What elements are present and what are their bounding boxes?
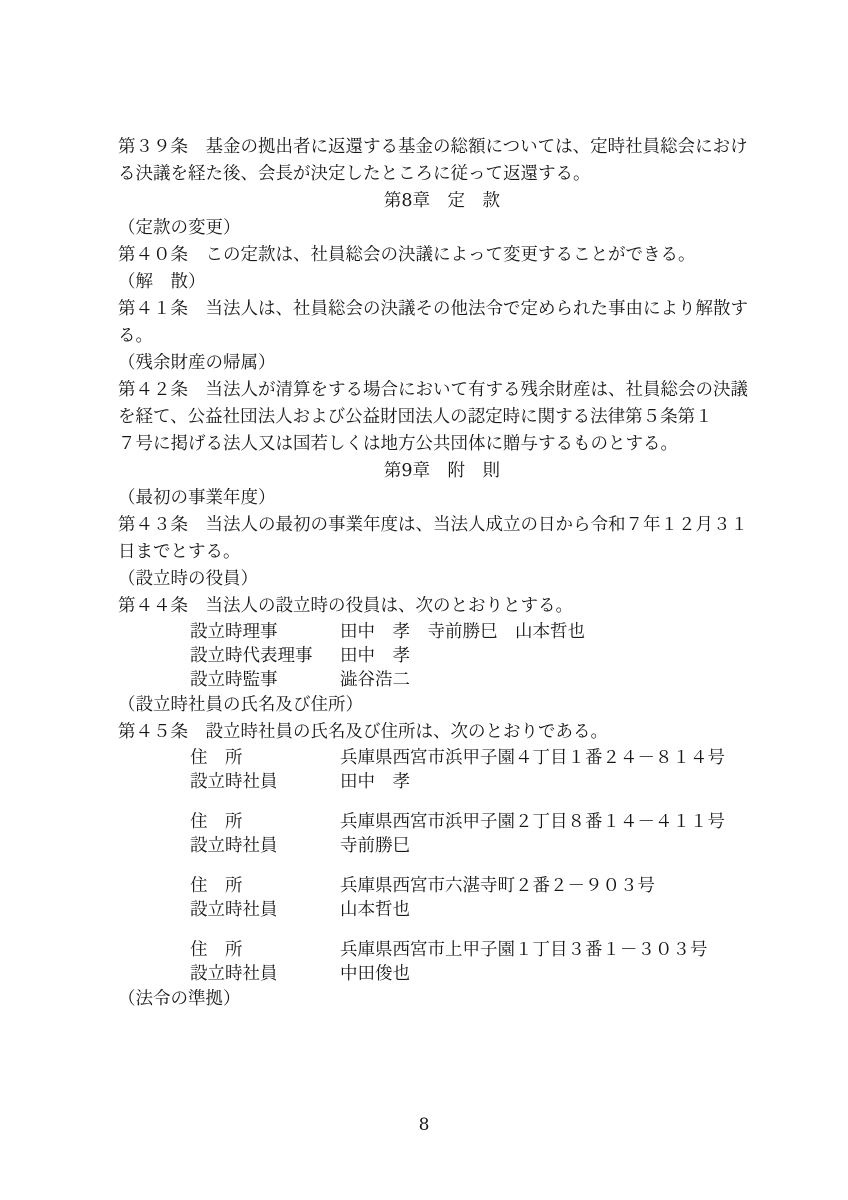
member-address-row: 住 所 兵庫県西宮市浜甲子園４丁目１番２４－８１４号 — [118, 746, 766, 770]
member-name-row: 設立時社員 田中 孝 — [118, 770, 766, 794]
article-40-line-1: 第４０条 この定款は、社員総会の決議によって変更することができる。 — [118, 242, 766, 269]
member-label: 設立時社員 — [190, 898, 340, 922]
article-43-line-1: 第４３条 当法人の最初の事業年度は、当法人成立の日から令和７年１２月３１ — [118, 512, 766, 539]
member-block: 住 所 兵庫県西宮市六湛寺町２番２－９０３号 設立時社員 山本哲也 — [118, 874, 766, 922]
article-42-line-3: ７号に掲げる法人又は国若しくは地方公共団体に贈与するものとする。 — [118, 431, 766, 458]
member-block: 住 所 兵庫県西宮市上甲子園１丁目３番１－３０３号 設立時社員 中田俊也 — [118, 938, 766, 986]
member-address: 兵庫県西宮市浜甲子園２丁目８番１４－４１１号 — [340, 810, 766, 834]
member-name: 寺前勝巳 — [340, 834, 766, 858]
page-number: 8 — [0, 1112, 848, 1139]
article-45-line-1: 第４５条 設立時社員の氏名及び住所は、次のとおりである。 — [118, 719, 766, 746]
member-name: 山本哲也 — [340, 898, 766, 922]
officer-names: 田中 孝 — [340, 644, 766, 668]
member-address: 兵庫県西宮市上甲子園１丁目３番１－３０３号 — [340, 938, 766, 962]
caption-zanyo-zaisan: （残余財産の帰属） — [118, 350, 766, 377]
officer-names: 澁谷浩二 — [340, 668, 766, 692]
member-address-row: 住 所 兵庫県西宮市六湛寺町２番２－９０３号 — [118, 874, 766, 898]
document-page: 第３９条 基金の拠出者に返還する基金の総額については、定時社員総会におけ る決議… — [0, 0, 848, 1200]
chapter-9-heading: 第9章 附 則 — [118, 458, 766, 485]
member-name: 中田俊也 — [340, 962, 766, 986]
article-39-line-2: る決議を経た後、会長が決定したところに従って返還する。 — [118, 161, 766, 188]
article-39-line-1: 第３９条 基金の拠出者に返還する基金の総額については、定時社員総会におけ — [118, 134, 766, 161]
member-address-row: 住 所 兵庫県西宮市浜甲子園２丁目８番１４－４１１号 — [118, 810, 766, 834]
caption-setsuritsuji-yakuin: （設立時の役員） — [118, 566, 766, 593]
officer-list: 設立時理事 田中 孝 寺前勝巳 山本哲也 設立時代表理事 田中 孝 設立時監事 … — [118, 620, 766, 692]
address-label: 住 所 — [190, 746, 340, 770]
member-name: 田中 孝 — [340, 770, 766, 794]
officer-role-label: 設立時理事 — [190, 620, 340, 644]
member-address: 兵庫県西宮市浜甲子園４丁目１番２４－８１４号 — [340, 746, 766, 770]
caption-kaisan: （解 散） — [118, 269, 766, 296]
article-42-line-1: 第４２条 当法人が清算をする場合において有する残余財産は、社員総会の決議 — [118, 377, 766, 404]
member-label: 設立時社員 — [190, 770, 340, 794]
officer-role-label: 設立時代表理事 — [190, 644, 340, 668]
article-41-line-2: る。 — [118, 323, 766, 350]
officer-row: 設立時監事 澁谷浩二 — [118, 668, 766, 692]
officer-row: 設立時代表理事 田中 孝 — [118, 644, 766, 668]
chapter-8-heading: 第8章 定 款 — [118, 188, 766, 215]
article-44-line-1: 第４４条 当法人の設立時の役員は、次のとおりとする。 — [118, 593, 766, 620]
officer-role-label: 設立時監事 — [190, 668, 340, 692]
officer-row: 設立時理事 田中 孝 寺前勝巳 山本哲也 — [118, 620, 766, 644]
member-block: 住 所 兵庫県西宮市浜甲子園４丁目１番２４－８１４号 設立時社員 田中 孝 — [118, 746, 766, 794]
address-label: 住 所 — [190, 938, 340, 962]
member-label: 設立時社員 — [190, 834, 340, 858]
document-body: 第３９条 基金の拠出者に返還する基金の総額については、定時社員総会におけ る決議… — [118, 134, 766, 1013]
member-name-row: 設立時社員 寺前勝巳 — [118, 834, 766, 858]
address-label: 住 所 — [190, 810, 340, 834]
member-address: 兵庫県西宮市六湛寺町２番２－９０３号 — [340, 874, 766, 898]
caption-saisho-jigyo-nendo: （最初の事業年度） — [118, 485, 766, 512]
member-name-row: 設立時社員 中田俊也 — [118, 962, 766, 986]
member-list: 住 所 兵庫県西宮市浜甲子園４丁目１番２４－８１４号 設立時社員 田中 孝 住 … — [118, 746, 766, 986]
article-41-line-1: 第４１条 当法人は、社員総会の決議その他法令で定められた事由により解散す — [118, 296, 766, 323]
address-label: 住 所 — [190, 874, 340, 898]
member-address-row: 住 所 兵庫県西宮市上甲子園１丁目３番１－３０３号 — [118, 938, 766, 962]
article-42-line-2: を経て、公益社団法人および公益財団法人の認定時に関する法律第５条第１ — [118, 404, 766, 431]
caption-horei-junkyo: （法令の準拠） — [118, 986, 766, 1013]
caption-teikan-henko: （定款の変更） — [118, 215, 766, 242]
member-label: 設立時社員 — [190, 962, 340, 986]
member-name-row: 設立時社員 山本哲也 — [118, 898, 766, 922]
member-block: 住 所 兵庫県西宮市浜甲子園２丁目８番１４－４１１号 設立時社員 寺前勝巳 — [118, 810, 766, 858]
officer-names: 田中 孝 寺前勝巳 山本哲也 — [340, 620, 766, 644]
article-43-line-2: 日までとする。 — [118, 539, 766, 566]
caption-setsuritsuji-shain: （設立時社員の氏名及び住所） — [118, 692, 766, 719]
